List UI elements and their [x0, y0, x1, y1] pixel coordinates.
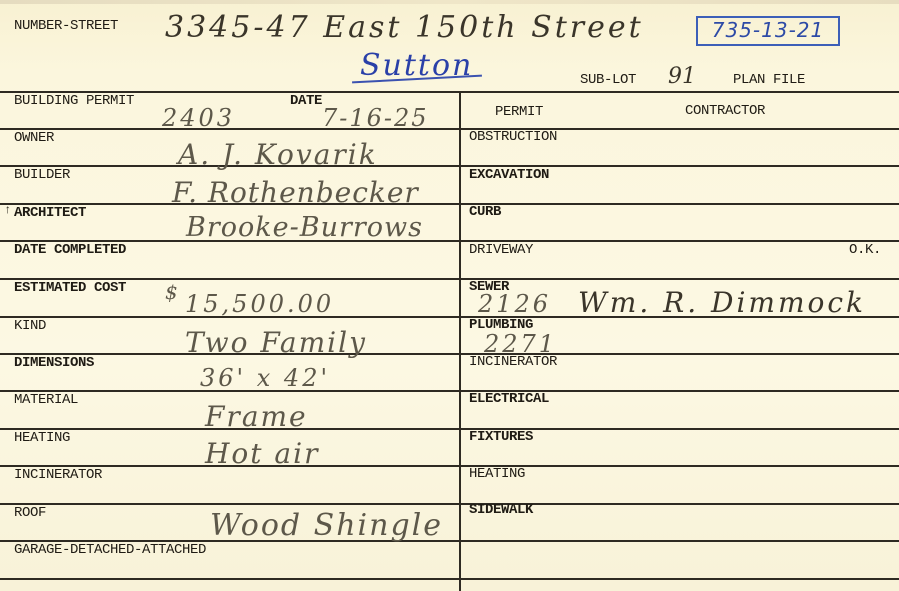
sewer-permit-value: 2126 [478, 290, 551, 318]
number-street-label: NUMBER-STREET [14, 18, 118, 34]
plumbing-permit-value: 2271 [484, 330, 557, 358]
curb-label: CURB [469, 204, 501, 220]
building-permit-value: 2403 [162, 104, 235, 132]
divider-line [0, 278, 899, 280]
divider-line [0, 128, 899, 130]
estimated-cost-label: ESTIMATED COST [14, 280, 126, 296]
currency-symbol: $ [165, 280, 178, 304]
kind-label: KIND [14, 318, 46, 334]
permit-column-header: PERMIT [495, 104, 543, 120]
heating-label: HEATING [14, 430, 70, 446]
parcel-stamp: 735-13-21 [696, 16, 840, 46]
driveway-label: DRIVEWAY [469, 242, 533, 258]
dimensions-value: 36' x 42' [200, 364, 330, 392]
divider-line [0, 240, 899, 242]
sub-lot-value: 91 [668, 64, 696, 89]
divider-line [0, 465, 899, 467]
plan-file-label: PLAN FILE [733, 72, 805, 88]
number-street-value: 3345-47 East 150th Street [165, 10, 644, 45]
driveway-status: O.K. [849, 242, 881, 258]
owner-value: A. J. Kovarik [178, 138, 378, 171]
card-top-edge [0, 0, 899, 4]
kind-value: Two Family [185, 326, 367, 359]
divider-line [0, 428, 899, 430]
divider-line [0, 390, 899, 392]
sewer-contractor-value: Wm. R. Dimmock [578, 286, 866, 319]
electrical-label: ELECTRICAL [469, 391, 549, 407]
date-value: 7-16-25 [322, 104, 429, 132]
dimensions-label: DIMENSIONS [14, 355, 94, 371]
obstruction-label: OBSTRUCTION [469, 129, 557, 145]
divider-line [0, 91, 899, 93]
divider-line [0, 203, 899, 205]
permit-card: NUMBER-STREET 3345-47 East 150th Street … [0, 0, 899, 591]
divider-line [0, 578, 899, 580]
incinerator-label: INCINERATOR [14, 467, 102, 483]
architect-value: Brooke-Burrows [186, 212, 423, 243]
date-completed-label: DATE COMPLETED [14, 242, 126, 258]
owner-label: OWNER [14, 130, 54, 146]
excavation-label: EXCAVATION [469, 167, 549, 183]
material-value: Frame [205, 400, 308, 433]
divider-line [0, 353, 899, 355]
tick-mark-icon: ↑ [4, 203, 11, 217]
roof-value: Wood Shingle [210, 508, 443, 543]
building-permit-label: BUILDING PERMIT [14, 93, 134, 109]
architect-label: ARCHITECT [14, 205, 86, 221]
fixtures-label: FIXTURES [469, 429, 533, 445]
builder-label: BUILDER [14, 167, 70, 183]
sub-lot-label: SUB-LOT [580, 72, 636, 88]
estimated-cost-value: 15,500.00 [185, 290, 334, 318]
sidewalk-label: SIDEWALK [469, 502, 533, 518]
heating-permit-label: HEATING [469, 466, 525, 482]
builder-value: F. Rothenbecker [172, 176, 419, 209]
roof-label: ROOF [14, 505, 46, 521]
divider-line [0, 165, 899, 167]
divider-line [0, 503, 899, 505]
contractor-column-header: CONTRACTOR [685, 103, 765, 119]
date-label: DATE [290, 93, 322, 109]
material-label: MATERIAL [14, 392, 78, 408]
garage-label: GARAGE-DETACHED-ATTACHED [14, 542, 206, 558]
heating-value: Hot air [205, 437, 319, 470]
